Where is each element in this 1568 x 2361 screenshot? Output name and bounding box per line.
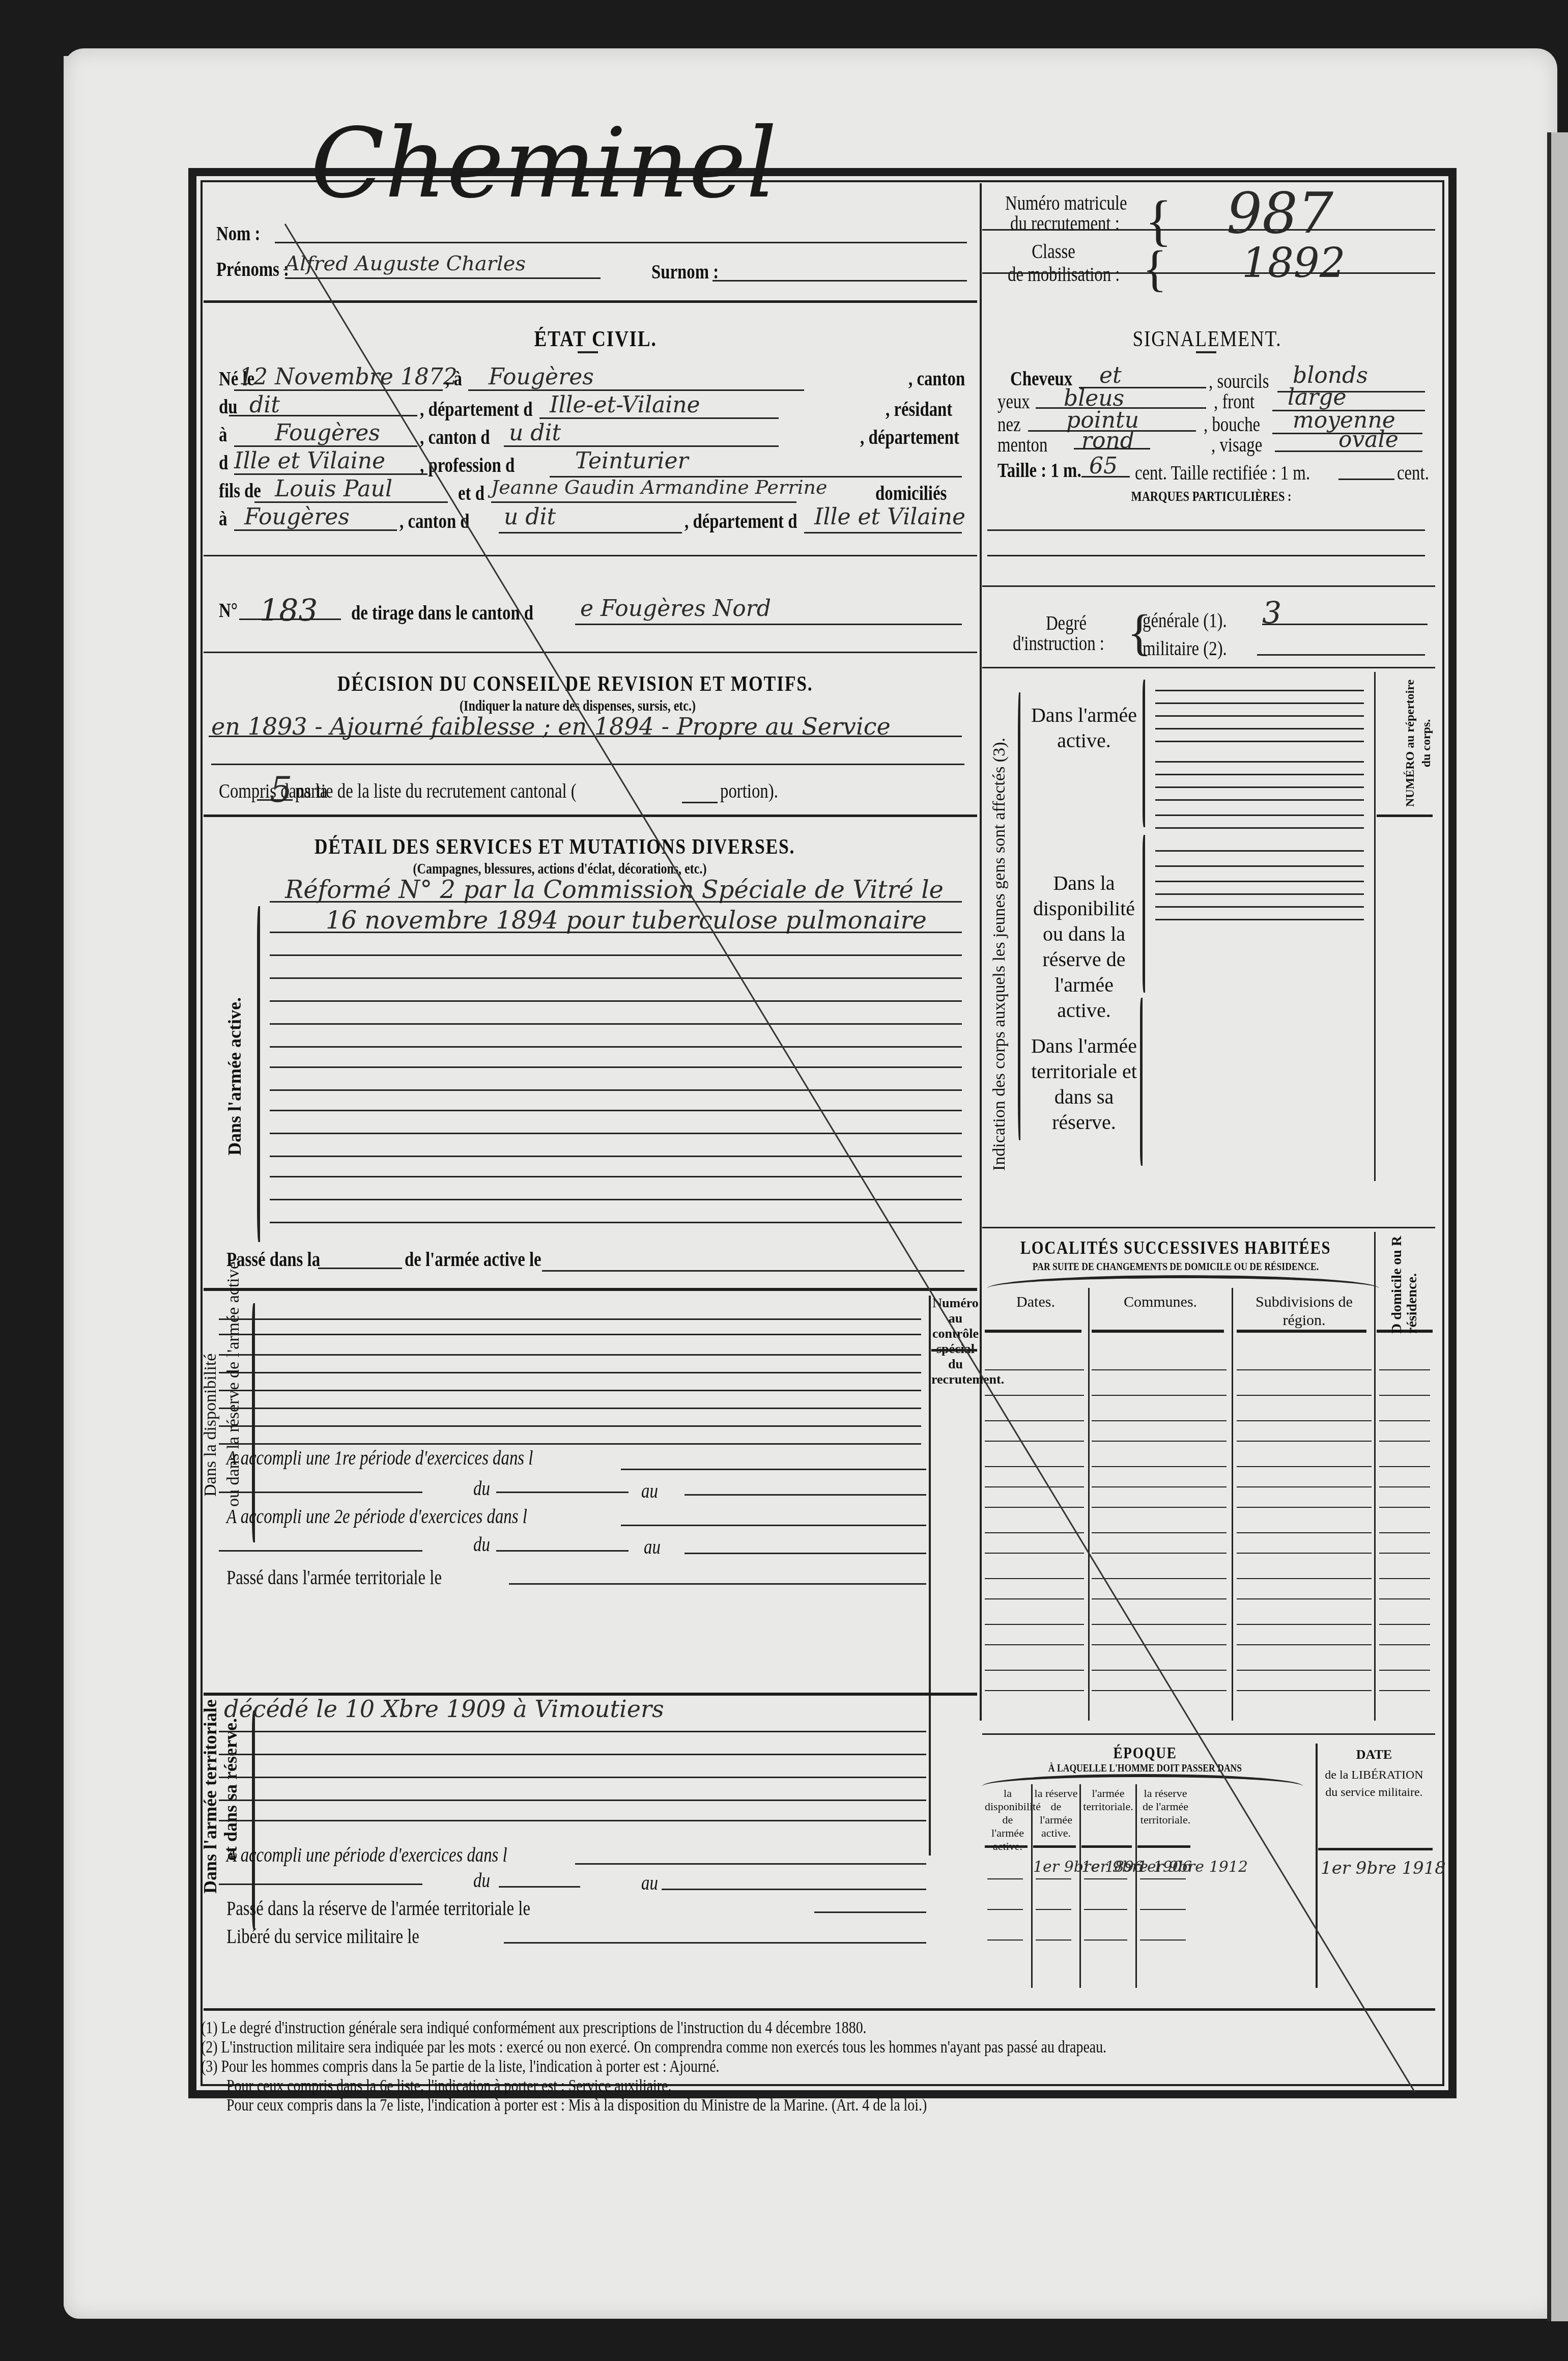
marques-field-2[interactable]	[987, 555, 1425, 556]
pere-value[interactable]: Louis Paul	[275, 476, 392, 502]
territoriale-side-label-2: et dans sa réserve.	[220, 1718, 241, 1861]
localites-cell[interactable]	[1092, 1553, 1227, 1554]
libere-field[interactable]	[504, 1942, 926, 1944]
compris-line	[257, 799, 293, 801]
divider	[982, 585, 1435, 587]
localites-cell[interactable]	[1092, 1598, 1227, 1599]
ruled-line[interactable]	[270, 1199, 962, 1200]
localites-cell[interactable]	[985, 1644, 1084, 1645]
epoque-cell[interactable]	[1140, 1909, 1186, 1910]
tirage-label: de tirage dans le canton d	[351, 601, 533, 625]
passe-field-2[interactable]	[542, 1270, 964, 1272]
generale-label: générale (1).	[1143, 608, 1227, 632]
etat-civil-title: ÉTAT CIVIL.	[522, 326, 669, 352]
epoque-cell[interactable]	[987, 1878, 1023, 1879]
ruled-line[interactable]	[270, 1089, 962, 1091]
taille-cent-label: cent. Taille rectifiée : 1 m.	[1135, 461, 1310, 485]
ruled-line[interactable]	[219, 1354, 921, 1356]
localites-column-header: Communes.	[1092, 1293, 1229, 1311]
group-disponibilite-label: Dans la disponibilité ou dans la réserve…	[1028, 870, 1140, 1023]
ruled-line[interactable]	[1155, 741, 1364, 742]
localites-cell[interactable]	[985, 1624, 1084, 1625]
localites-cell[interactable]	[1092, 1507, 1227, 1508]
ruled-line[interactable]	[219, 1777, 926, 1778]
column-divider	[1316, 1744, 1318, 1988]
divider	[982, 1733, 1435, 1735]
service-entry-2[interactable]: 16 novembre 1894 pour tuberculose pulmon…	[326, 906, 927, 935]
localites-cell[interactable]	[1379, 1598, 1430, 1599]
menton-label: menton	[997, 433, 1047, 457]
et-de-label: et d	[458, 481, 484, 505]
compris-value[interactable]: 5	[270, 769, 293, 810]
divider	[204, 1288, 977, 1291]
ruled-line[interactable]	[1155, 919, 1364, 920]
matricule-value[interactable]: 987	[1227, 181, 1333, 246]
ruled-line[interactable]	[1155, 799, 1364, 801]
footnote: (3) Pour les hommes compris dans la 5e p…	[201, 2057, 720, 2076]
profession-value[interactable]: Teinturier	[575, 448, 689, 474]
divider	[204, 814, 977, 817]
pere-line	[254, 501, 448, 503]
canton-res-value[interactable]: u dit	[509, 420, 561, 446]
localites-cell[interactable]	[985, 1395, 1084, 1396]
column-divider	[1232, 1288, 1233, 1721]
generale-value[interactable]: 3	[1262, 596, 1281, 631]
periode2-field[interactable]	[621, 1525, 926, 1526]
localites-cell[interactable]	[1237, 1578, 1372, 1579]
departement-value[interactable]: Ille-et-Vilaine	[550, 392, 700, 418]
localites-cell[interactable]	[985, 1420, 1084, 1421]
menton-line	[1074, 448, 1150, 449]
localites-cell[interactable]	[1092, 1369, 1227, 1370]
periode1-du-date[interactable]	[496, 1492, 629, 1493]
lieu-naissance-value[interactable]: Fougères	[489, 364, 594, 390]
armee-active-side-label: Dans l'armée active.	[224, 997, 245, 1156]
header-rule	[985, 1845, 1028, 1848]
ruled-line[interactable]	[270, 1176, 962, 1177]
epoque-cell[interactable]	[1036, 1909, 1071, 1910]
localites-cell[interactable]	[1237, 1624, 1372, 1625]
front-label: , front	[1214, 389, 1255, 413]
taille-label: Taille : 1 m.	[997, 458, 1081, 482]
departement-dom-value[interactable]: Ille et Vilaine	[814, 504, 965, 530]
localites-title: LOCALITÉS SUCCESSIVES HABITÉES	[1020, 1237, 1331, 1258]
ruled-line[interactable]	[1155, 786, 1364, 788]
lieu-naissance-line	[468, 389, 804, 391]
yeux-label: yeux	[997, 389, 1030, 413]
localites-cell[interactable]	[1379, 1507, 1430, 1508]
classe-label-1: Classe	[1016, 239, 1091, 263]
localites-cell[interactable]	[1237, 1441, 1372, 1442]
epoque-cell[interactable]	[1036, 1940, 1071, 1941]
localites-cell[interactable]	[1237, 1507, 1372, 1508]
ruled-line[interactable]	[270, 977, 962, 979]
localites-cell[interactable]	[1379, 1420, 1430, 1421]
localites-cell[interactable]	[985, 1486, 1084, 1487]
footnote: (2) L'instruction militaire sera indiqué…	[201, 2038, 1106, 2057]
departement-res-prefix: d	[219, 451, 228, 474]
tirage-no-value[interactable]: 183	[260, 593, 318, 629]
ne-le-line	[234, 389, 443, 391]
column-divider	[1088, 1288, 1090, 1721]
epoque-subtitle: À LAQUELLE L'HOMME DOIT PASSER DANS	[1023, 1761, 1267, 1775]
localites-cell[interactable]	[1092, 1670, 1227, 1671]
localites-cell[interactable]	[1237, 1598, 1372, 1599]
territoriale-entry-1[interactable]: décédé le 10 Xbre 1909 à Vimoutiers	[224, 1695, 664, 1723]
conseil-title: DÉCISION DU CONSEIL DE REVISION ET MOTIF…	[320, 672, 831, 696]
territoriale-periode-field[interactable]	[575, 1863, 926, 1865]
periode2-du-date[interactable]	[496, 1550, 629, 1552]
header-rule	[1137, 1845, 1190, 1848]
prenoms-value[interactable]: Alfred Auguste Charles	[285, 252, 526, 275]
periode1-field[interactable]	[621, 1469, 926, 1470]
epoque-cell[interactable]	[987, 1909, 1023, 1910]
column-divider	[929, 1296, 931, 1856]
localites-cell[interactable]	[985, 1466, 1084, 1467]
localites-cell[interactable]	[1379, 1690, 1430, 1691]
header-rule	[985, 1330, 1081, 1333]
bracket-icon	[1143, 680, 1145, 827]
localites-cell[interactable]	[1379, 1486, 1430, 1487]
localites-cell[interactable]	[1237, 1369, 1372, 1370]
localites-cell[interactable]	[1092, 1644, 1227, 1645]
corps-side-label: Indication des corps auxquels les jeunes…	[990, 738, 1009, 1171]
menton-value[interactable]: rond	[1081, 428, 1134, 454]
canton-dom-value[interactable]: u dit	[504, 504, 556, 530]
header-rule	[1081, 1845, 1132, 1848]
departement-dom-line	[804, 532, 962, 533]
localites-cell[interactable]	[1237, 1532, 1372, 1533]
localites-cell[interactable]	[985, 1532, 1084, 1533]
epoque-cell[interactable]	[1140, 1878, 1186, 1879]
visage-line	[1275, 451, 1422, 452]
divider	[211, 764, 964, 765]
ruled-line[interactable]	[270, 1000, 962, 1002]
passe-field-1[interactable]	[318, 1268, 402, 1269]
taille-rectifiee-field[interactable]	[1338, 479, 1394, 480]
localites-cell[interactable]	[1379, 1670, 1430, 1671]
ruled-line[interactable]	[1155, 715, 1364, 717]
periode1-label: A accompli une 1re période d'exercices d…	[226, 1446, 533, 1470]
ruled-line[interactable]	[1155, 728, 1364, 729]
periode2-label: A accompli une 2e période d'exercices da…	[226, 1504, 527, 1528]
liberation-value[interactable]: 1er 9bre 1918	[1321, 1858, 1446, 1878]
localites-cell[interactable]	[1092, 1690, 1227, 1691]
ruled-line[interactable]	[270, 1110, 962, 1111]
mere-value[interactable]: Jeanne Gaudin Armandine Perrine	[491, 476, 828, 498]
ruled-line[interactable]	[219, 1408, 921, 1409]
departement-res-label: , département	[860, 425, 959, 449]
epoque-cell[interactable]	[987, 1940, 1023, 1941]
ruled-line[interactable]	[1155, 881, 1364, 882]
canton-value[interactable]: dit	[249, 392, 280, 418]
numero-repertoire-label: NUMÉRO au répertoire du corps.	[1402, 677, 1435, 809]
localites-cell[interactable]	[1237, 1466, 1372, 1467]
ruled-line[interactable]	[270, 1023, 962, 1025]
localites-cell[interactable]	[1237, 1420, 1372, 1421]
canton-dom-line	[499, 532, 682, 533]
localites-cell[interactable]	[1379, 1395, 1430, 1396]
matricule-label-2: du recrutement :	[1010, 211, 1120, 235]
periode2-du-label: du	[473, 1532, 490, 1556]
epoque-cell[interactable]	[1140, 1940, 1186, 1941]
localites-cell[interactable]	[985, 1578, 1084, 1579]
localites-cell[interactable]	[1237, 1644, 1372, 1645]
departement-line	[539, 417, 779, 419]
ruled-line[interactable]	[1155, 761, 1364, 763]
passe-territoriale-field[interactable]	[509, 1583, 926, 1585]
column-divider	[1374, 672, 1376, 1181]
adjacent-page-edge	[1547, 132, 1568, 2321]
ruled-line[interactable]	[1155, 690, 1364, 691]
localites-cell[interactable]	[1237, 1690, 1372, 1691]
portion-label: portion).	[720, 779, 778, 803]
ruled-line[interactable]	[219, 1318, 921, 1320]
divider	[982, 229, 1435, 231]
taille-line	[1081, 476, 1130, 477]
visage-label: , visage	[1211, 433, 1262, 457]
periode1-du-field[interactable]	[219, 1492, 422, 1493]
localites-cell[interactable]	[985, 1670, 1084, 1671]
ruled-line[interactable]	[219, 1754, 926, 1755]
liberation-title: DATE	[1318, 1746, 1430, 1763]
nom-field-line	[275, 242, 967, 243]
passe-reserve-label: Passé dans la réserve de l'armée territo…	[226, 1896, 530, 1920]
ruled-line[interactable]	[270, 1046, 962, 1048]
column-divider	[1079, 1784, 1081, 1988]
localites-cell[interactable]	[1379, 1369, 1430, 1370]
localites-cell[interactable]	[985, 1507, 1084, 1508]
ruled-line[interactable]	[270, 932, 962, 933]
localites-cell[interactable]	[1379, 1532, 1430, 1533]
departement-res-line	[234, 473, 427, 475]
generale-line	[1262, 624, 1428, 625]
departement-dom-label: , département d	[685, 509, 797, 533]
ruled-line[interactable]	[219, 1820, 926, 1821]
front-value[interactable]: large	[1288, 384, 1347, 410]
ruled-line[interactable]	[219, 1800, 926, 1801]
canton-line	[229, 415, 417, 416]
periode2-du-field[interactable]	[219, 1550, 422, 1552]
localites-cell[interactable]	[1379, 1578, 1430, 1579]
taille-value[interactable]: 65	[1089, 453, 1118, 479]
service-entry-1[interactable]: Réformé N° 2 par la Commission Spéciale …	[285, 876, 944, 904]
residence-prefix: à	[219, 423, 227, 446]
portion-field[interactable]	[682, 802, 718, 803]
ruled-line[interactable]	[219, 1372, 921, 1373]
surnom-label: Surnom :	[651, 260, 719, 284]
localites-column-header: Subdivisions de région.	[1237, 1293, 1372, 1330]
territoriale-du-field[interactable]	[219, 1884, 422, 1885]
territoriale-side-label-1: Dans l'armée territoriale	[199, 1699, 221, 1894]
a-label: , à	[445, 367, 462, 390]
ruled-line[interactable]	[270, 1066, 962, 1068]
domicile-value[interactable]: Fougères	[244, 504, 350, 530]
militaire-field[interactable]	[1257, 654, 1425, 656]
localites-cell[interactable]	[1092, 1466, 1227, 1467]
canton-label: , canton	[908, 367, 965, 390]
domicile-prefix: à	[219, 507, 227, 530]
periode2-au-date[interactable]	[685, 1553, 926, 1554]
fils-de-label: fils de	[219, 479, 261, 502]
bracket-icon	[1140, 998, 1143, 1166]
conseil-subtitle: (Indiquer la nature des dispenses, sursi…	[425, 697, 730, 715]
localites-cell[interactable]	[1092, 1578, 1227, 1579]
disponibilite-side-label-1: Dans la disponibilité	[201, 1354, 220, 1497]
territoriale-periode-label: A accompli une période d'exercices dans …	[226, 1843, 507, 1867]
footnote: Pour ceux compris dans la 7e liste, l'in…	[226, 2096, 927, 2115]
territoriale-au-date[interactable]	[662, 1889, 926, 1890]
localites-cell[interactable]	[1092, 1395, 1227, 1396]
ruled-line[interactable]	[219, 1731, 926, 1732]
ruled-line[interactable]	[270, 1222, 962, 1223]
services-subtitle: (Campagnes, blessures, actions d'éclat, …	[356, 860, 763, 878]
group-active-label: Dans l'armée active.	[1028, 702, 1140, 753]
passe-territoriale-label: Passé dans l'armée territoriale le	[226, 1565, 442, 1589]
localites-cell[interactable]	[1237, 1670, 1372, 1671]
localites-cell[interactable]	[1092, 1532, 1227, 1533]
ruled-line[interactable]	[219, 1425, 921, 1427]
title-rule	[578, 351, 598, 353]
canton-dom-label: , canton d	[400, 509, 470, 533]
residence-value[interactable]: Fougères	[275, 420, 380, 446]
nom-value[interactable]: Cheminel	[310, 107, 777, 219]
libere-label: Libéré du service militaire le	[226, 1924, 419, 1948]
header-rule	[1092, 1330, 1224, 1333]
territoriale-au-label: au	[641, 1871, 658, 1895]
periode1-au-date[interactable]	[685, 1494, 926, 1496]
divider	[982, 667, 1435, 668]
epoque-title: ÉPOQUE	[1037, 1744, 1253, 1762]
localites-cell[interactable]	[1092, 1486, 1227, 1487]
visage-value[interactable]: ovale	[1338, 427, 1399, 453]
group-territoriale-label: Dans l'armée territoriale et dans sa rés…	[1028, 1033, 1140, 1135]
localites-cell[interactable]	[985, 1369, 1084, 1370]
localites-cell[interactable]	[985, 1690, 1084, 1691]
signalement-title: SIGNALEMENT.	[1133, 326, 1280, 352]
tirage-no-line	[239, 619, 341, 620]
divider	[931, 1349, 977, 1352]
ruled-line[interactable]	[219, 1443, 921, 1445]
localites-cell[interactable]	[985, 1553, 1084, 1554]
footnote: Pour ceux compris dans la 6e liste, l'in…	[226, 2076, 671, 2096]
departement-res-value[interactable]: Ille et Vilaine	[234, 448, 385, 474]
localites-cell[interactable]	[1092, 1441, 1227, 1442]
periode1-du-label: du	[473, 1476, 490, 1500]
surnom-field[interactable]	[712, 280, 967, 282]
divider	[982, 272, 1435, 274]
residence-line	[234, 445, 417, 447]
epoque-cell[interactable]	[1084, 1940, 1127, 1941]
marques-field-1[interactable]	[987, 529, 1425, 531]
bracket-icon	[1143, 835, 1145, 993]
localites-cell[interactable]	[1379, 1553, 1430, 1554]
domicile-line	[234, 529, 397, 531]
epoque-cell[interactable]	[1036, 1878, 1071, 1879]
divider	[204, 300, 977, 303]
ruled-line[interactable]	[1155, 906, 1364, 908]
territoriale-du-label: du	[473, 1868, 490, 1892]
divider	[982, 1227, 1435, 1228]
passe-reserve-field[interactable]	[814, 1912, 926, 1913]
ne-le-value[interactable]: 12 Novembre 1872	[239, 364, 458, 390]
tirage-canton-value[interactable]: e Fougères Nord	[580, 596, 771, 622]
column-divider	[1031, 1784, 1033, 1988]
epoque-column-header: la disponibilité de l'armée active.	[985, 1787, 1031, 1853]
ruled-line[interactable]	[1155, 865, 1364, 867]
brace-icon: {	[1143, 239, 1167, 298]
localites-cell[interactable]	[985, 1598, 1084, 1599]
epoque-value[interactable]: 1er 9bre 1912	[1137, 1858, 1248, 1876]
epoque-column-header: la réserve de l'armée territoriale.	[1137, 1787, 1193, 1826]
epoque-cell[interactable]	[1084, 1909, 1127, 1910]
ruled-line[interactable]	[1155, 814, 1364, 816]
localites-cell[interactable]	[1379, 1441, 1430, 1442]
departement-label: , département d	[420, 397, 532, 421]
ruled-line[interactable]	[1155, 827, 1364, 829]
footnote: (1) Le degré d'instruction générale sera…	[201, 2018, 867, 2038]
localites-cell[interactable]	[1237, 1553, 1372, 1554]
cent-label: cent.	[1397, 461, 1429, 485]
bracket-icon	[1018, 692, 1020, 1140]
epoque-column-header: la réserve de l'armée active.	[1033, 1787, 1079, 1840]
tirage-no-label: N°	[219, 598, 238, 622]
ruled-line[interactable]	[270, 1133, 962, 1134]
ruled-line[interactable]	[219, 1334, 921, 1335]
localites-subtitle: PAR SUITE DE CHANGEMENTS DE DOMICILE OU …	[1017, 1260, 1334, 1273]
localites-cell[interactable]	[1092, 1420, 1227, 1421]
cheveux-label: Cheveux	[1010, 367, 1072, 390]
localites-cell[interactable]	[985, 1441, 1084, 1442]
profession-label: , profession d	[420, 453, 515, 477]
ruled-line[interactable]	[1155, 850, 1364, 852]
localites-cell[interactable]	[1237, 1486, 1372, 1487]
partie-label: partie de la liste du recrutement canton…	[295, 779, 577, 803]
ruled-line[interactable]	[1155, 893, 1364, 895]
epoque-cell[interactable]	[1084, 1878, 1127, 1879]
ruled-line[interactable]	[270, 1156, 962, 1157]
decision-line	[209, 736, 962, 737]
periode1-au-label: au	[641, 1479, 658, 1503]
territoriale-du-date[interactable]	[499, 1886, 580, 1888]
passe-label-2: de l'armée active le	[405, 1247, 541, 1271]
ruled-line[interactable]	[270, 954, 962, 956]
divider	[204, 2008, 1435, 2011]
column-divider	[1135, 1784, 1137, 1988]
localites-cell[interactable]	[1379, 1644, 1430, 1645]
bracket-icon	[257, 906, 260, 1242]
divider	[204, 555, 977, 556]
ruled-line[interactable]	[1155, 774, 1364, 775]
liberation-label: de la LIBÉRATION du service militaire.	[1321, 1766, 1428, 1801]
ruled-line[interactable]	[270, 901, 962, 903]
column-divider	[980, 183, 982, 1721]
cheveux-value[interactable]: et	[1099, 362, 1122, 388]
ruled-line[interactable]	[1155, 702, 1364, 704]
localites-cell[interactable]	[1237, 1395, 1372, 1396]
classe-value[interactable]: 1892	[1242, 239, 1346, 287]
prenoms-field-line	[285, 277, 601, 279]
residant-label: , résidant	[886, 397, 952, 421]
localites-column-header: Dates.	[985, 1293, 1087, 1311]
localites-cell[interactable]	[1379, 1466, 1430, 1467]
ruled-line[interactable]	[219, 1390, 921, 1391]
domicile-residence-label: D domicile ou R résidence.	[1389, 1232, 1420, 1334]
services-title: DÉTAIL DES SERVICES ET MUTATIONS DIVERSE…	[304, 835, 806, 859]
localites-cell[interactable]	[1379, 1624, 1430, 1625]
canton-res-label: , canton d	[420, 425, 490, 449]
localites-cell[interactable]	[1092, 1624, 1227, 1625]
